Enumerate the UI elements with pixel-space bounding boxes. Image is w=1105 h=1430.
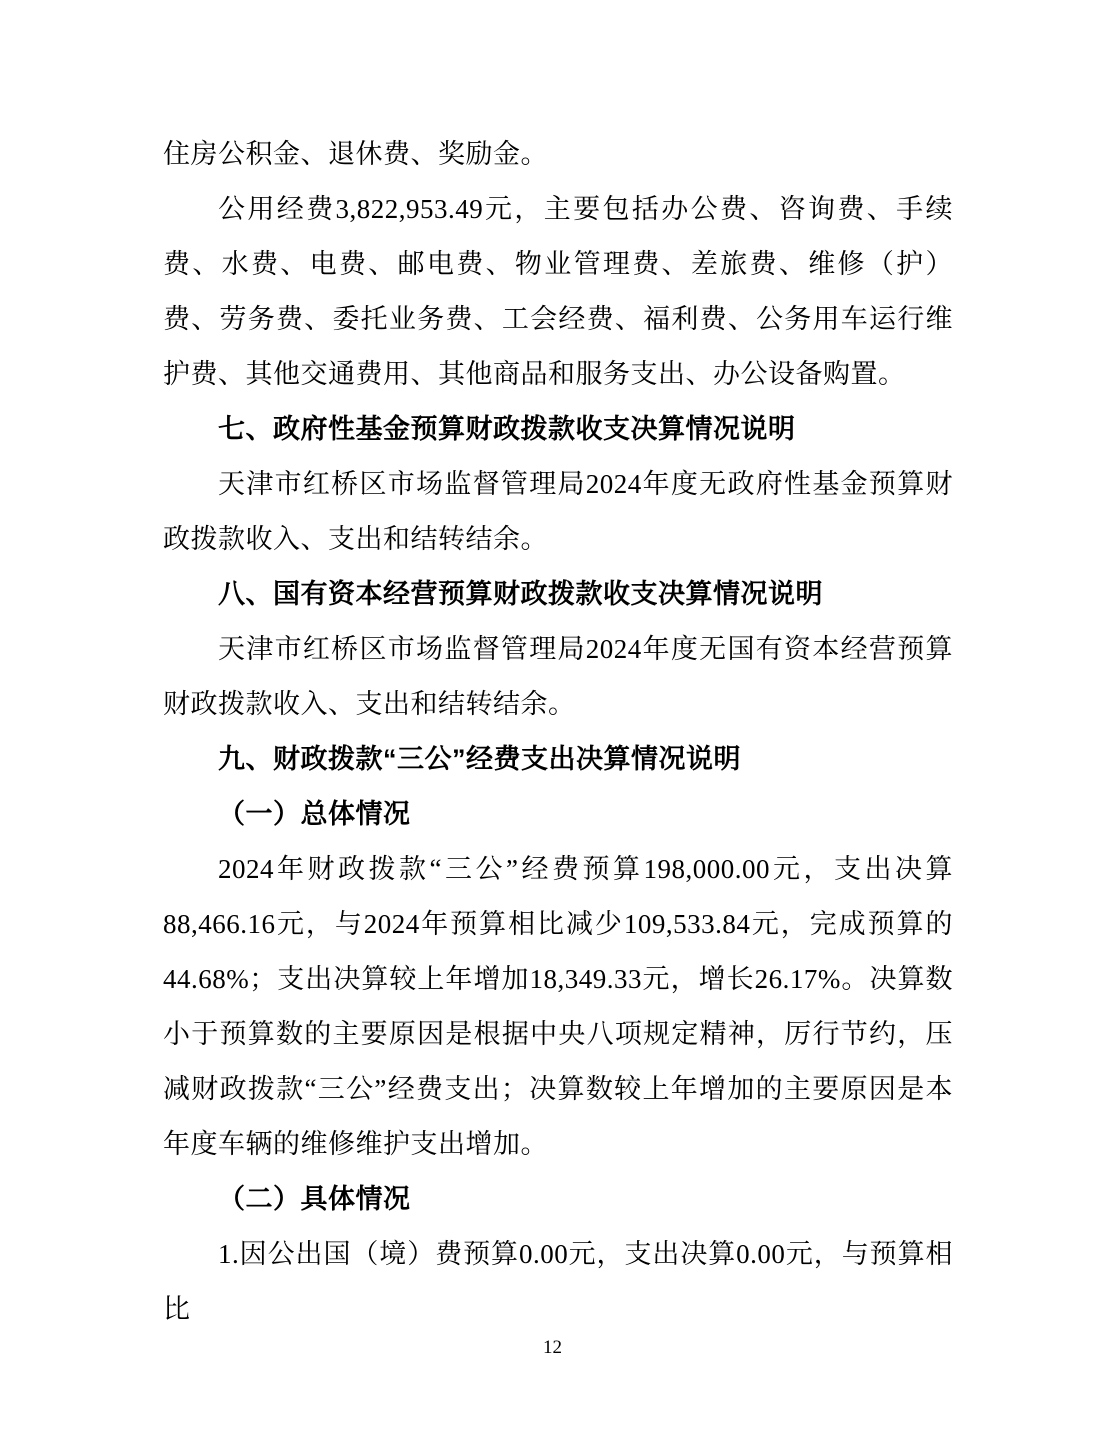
para-overall-situation-body: 2024年财政拨款“三公”经费预算198,000.00元，支出决算88,466.… [163, 842, 953, 1172]
para-public-expenses: 公用经费3,822,953.49元，主要包括办公费、咨询费、手续费、水费、电费、… [163, 182, 953, 402]
page-number: 12 [0, 1336, 1105, 1360]
document-body: 住房公积金、退休费、奖励金。 公用经费3,822,953.49元，主要包括办公费… [163, 127, 953, 1337]
heading-section-9-three-public-expenses: 九、财政拨款“三公”经费支出决算情况说明 [163, 732, 953, 787]
para-section-7-body: 天津市红桥区市场监督管理局2024年度无政府性基金预算财政拨款收入、支出和结转结… [163, 457, 953, 567]
heading-section-8-state-capital-budget: 八、国有资本经营预算财政拨款收支决算情况说明 [163, 567, 953, 622]
subheading-specific-situation: （二）具体情况 [163, 1172, 953, 1227]
document-page: 住房公积金、退休费、奖励金。 公用经费3,822,953.49元，主要包括办公费… [0, 0, 1105, 1430]
para-specific-item-1-abroad-expenses: 1.因公出国（境）费预算0.00元，支出决算0.00元，与预算相比 [163, 1227, 953, 1337]
para-section-8-body: 天津市红桥区市场监督管理局2024年度无国有资本经营预算财政拨款收入、支出和结转… [163, 622, 953, 732]
subheading-overall-situation: （一）总体情况 [163, 787, 953, 842]
heading-section-7-government-fund-budget: 七、政府性基金预算财政拨款收支决算情况说明 [163, 402, 953, 457]
para-continuation-housing-fund: 住房公积金、退休费、奖励金。 [163, 127, 953, 182]
